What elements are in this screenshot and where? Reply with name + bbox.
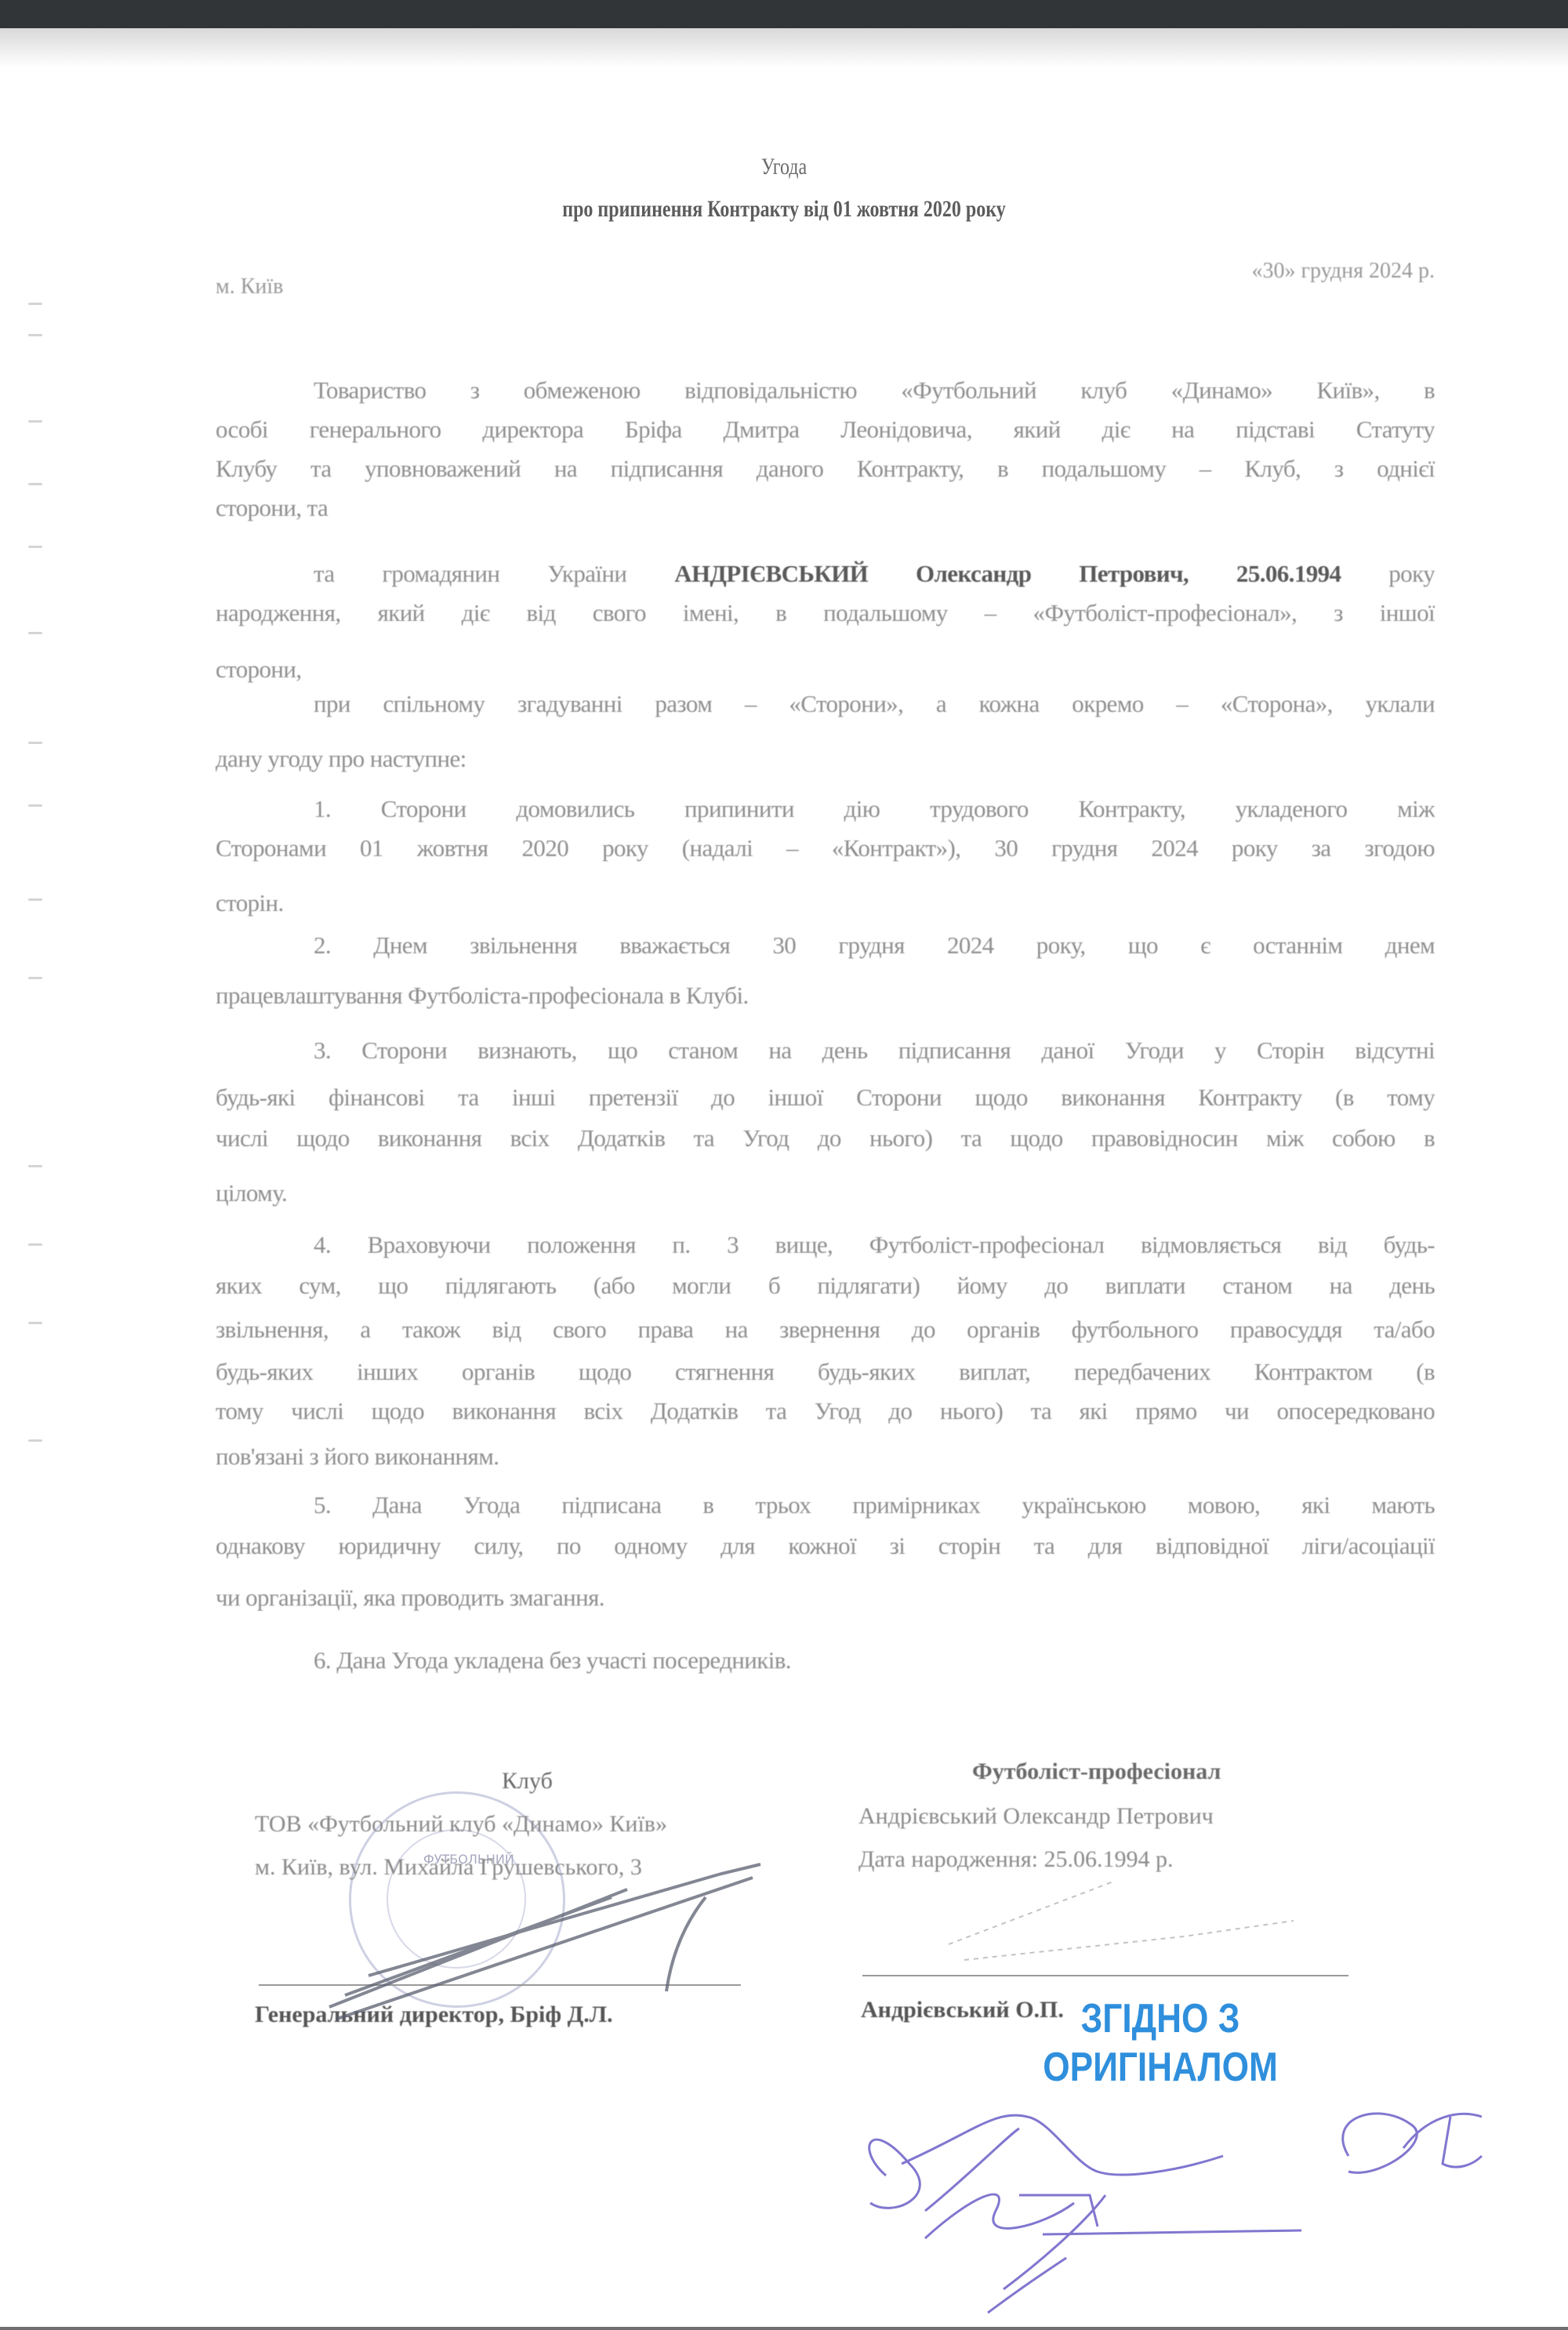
clause-3-line: будь-які фінансові та інші претензії до … [216,1082,1435,1113]
preamble-line: особі генерального директора Бріфа Дмитр… [216,414,1435,445]
document-date: «30» грудня 2024 р. [1176,259,1435,284]
clause-3-line: цілому. [216,1178,1435,1209]
party-suffix: року [1388,560,1435,587]
player-name: Андрієвський Олександр Петрович [858,1803,1214,1830]
clause-4-line: будь-яких інших органів щодо стягнення б… [216,1356,1435,1388]
player-heading: Футболіст-професіонал [972,1758,1221,1785]
clause-5-line: 5. Дана Угода підписана в трьох примірни… [314,1490,1435,1521]
preamble-line: при спільному згадуванні разом – «Сторон… [314,688,1435,720]
preamble-line: сторони, [216,654,1435,685]
clause-4-line: пов'язані з його виконанням. [216,1441,1435,1472]
preamble-line: сторони, та [216,492,1435,524]
clause-5-line: чи організації, яка проводить змагання. [216,1582,1435,1613]
clause-4-line: яких сум, що підлягають (або могли б під… [216,1270,1435,1301]
party-player-line: та громадянин України АНДРІЄВСЬКИЙ Олекс… [314,558,1435,590]
preamble-line: Клубу та уповноважений на підписання дан… [216,453,1435,485]
clause-1-line: Сторонами 01 жовтня 2020 року (надалі – … [216,833,1435,864]
clause-4-line: тому числі щодо виконання всіх Додатків … [216,1395,1435,1427]
toolbar-shadow [0,28,1568,67]
document-city: м. Київ [216,274,283,299]
player-birth-date: Дата народження: 25.06.1994 р. [858,1846,1173,1873]
preamble-line: народження, який діє від свого імені, в … [216,597,1435,629]
club-org: ТОВ «Футбольний клуб «Динамо» Київ» [255,1811,667,1838]
certification-line-1: ЗГІДНО З [1027,1995,1294,2042]
clause-1-line: сторін. [216,887,1435,919]
clause-2-line: працевлаштування Футболіста-професіонала… [216,980,1435,1011]
clause-2-line: 2. Днем звільнення вважається 30 грудня … [314,930,1435,961]
player-signature-line [862,1975,1348,1976]
club-address: м. Київ, вул. Михайла Грушевського, 3 [255,1854,642,1881]
scan-margin-marks [22,303,53,1557]
preamble-line: Товариство з обмеженою відповідальністю … [314,375,1435,406]
clause-4-line: звільнення, а також від свого права на з… [216,1314,1435,1345]
clause-5-line: однакову юридичну силу, по одному для ко… [216,1530,1435,1562]
document-subtitle: про припинення Контракту від 01 жовтня 2… [157,196,1411,223]
document-title: Угода [157,154,1411,180]
club-signature-line [259,1984,741,1986]
clause-6-line: 6. Дана Угода укладена без участі посере… [314,1645,1435,1676]
clause-4-line: 4. Враховуючи положення п. 3 вище, Футбо… [314,1229,1435,1261]
clause-3-line: 3. Сторони визнають, що станом на день п… [314,1035,1435,1066]
viewer-bottom-edge [0,2327,1568,2330]
clause-1-line: 1. Сторони домовились припинити дію труд… [314,793,1435,825]
club-heading: Клуб [502,1768,553,1795]
certification-line-2: ОРИГІНАЛОМ [1027,2044,1294,2091]
viewer-toolbar [0,0,1568,28]
clause-3-line: числі щодо виконання всіх Додатків та Уг… [216,1123,1435,1154]
party-prefix: та громадянин України [314,560,626,587]
party-player-name: АНДРІЄВСЬКИЙ Олександр Петрович, 25.06.1… [674,560,1341,587]
preamble-line: дану угоду про наступне: [216,743,1435,775]
club-signatory: Генеральний директор, Бріф Д.Л. [255,2002,613,2028]
